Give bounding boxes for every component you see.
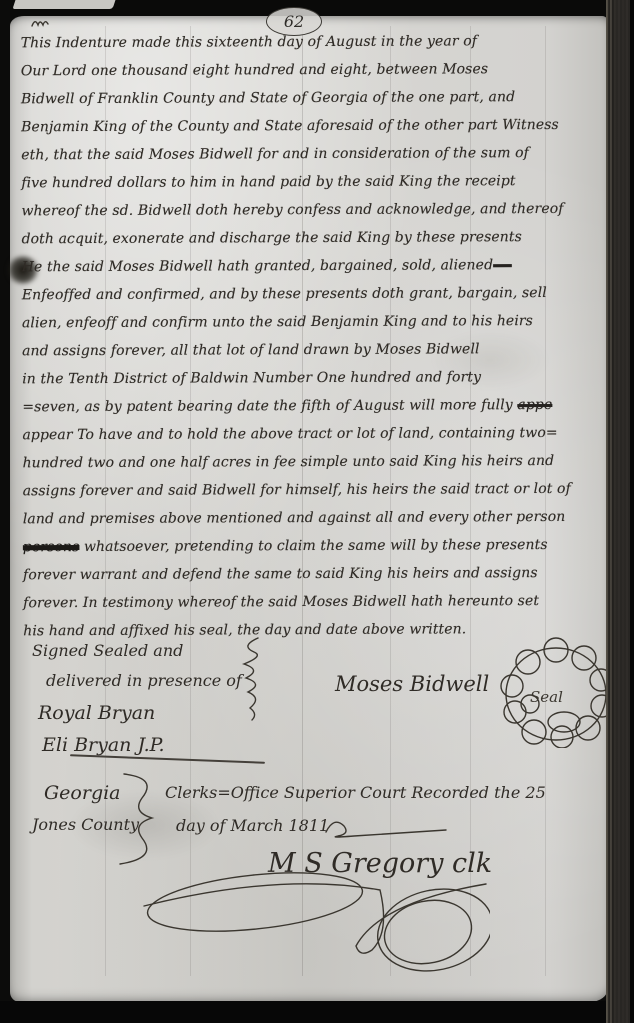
deed-line: land and premises above mentioned and ag…	[23, 503, 611, 534]
deed-body: This Indenture made this sixteenth day o…	[21, 27, 612, 646]
deed-text: Benjamin King of the County and State af…	[21, 117, 559, 135]
grantor-signature-moses-bidwell: Moses Bidwell	[335, 672, 489, 696]
margin-mark	[30, 16, 50, 30]
deed-text: alien, enfeoff and confirm unto the said…	[22, 313, 533, 331]
deed-line: and assigns forever, all that lot of lan…	[22, 335, 610, 366]
deed-text: whereof the sd. Bidwell doth hereby conf…	[21, 201, 563, 219]
deed-line: doth acquit, exonerate and discharge the…	[22, 223, 610, 254]
deed-text: in the Tenth District of Baldwin Number …	[22, 369, 481, 387]
deed-text: This Indenture made this sixteenth day o…	[21, 33, 477, 51]
struck-text: —	[493, 257, 512, 273]
witness-signature-royal-bryan: Royal Bryan	[38, 698, 155, 728]
attestation-date-line: day of March 1811	[176, 816, 329, 835]
deed-text: forever. In testimony whereof the said M…	[23, 593, 539, 611]
deed-text: hundred two and one half acres in fee si…	[23, 453, 555, 471]
deed-text: appear To have and to hold the above tra…	[22, 425, 557, 443]
deed-text: =seven, as by patent bearing date the fi…	[22, 397, 517, 415]
deed-text: land and premises above mentioned and ag…	[23, 509, 566, 527]
deed-line: This Indenture made this sixteenth day o…	[21, 27, 609, 58]
deed-text: Our Lord one thousand eight hundred and …	[21, 61, 488, 79]
deed-text: doth acquit, exonerate and discharge the…	[22, 229, 522, 247]
clerk-flourish	[140, 862, 490, 982]
signed-sealed-line1: Signed Sealed and	[32, 636, 183, 666]
paper-tab	[13, 0, 116, 9]
scan-left-edge	[0, 0, 10, 1023]
deed-text: forever warrant and defend the same to s…	[23, 565, 538, 583]
struck-text: appe	[517, 397, 552, 413]
signed-sealed-line2: delivered in presence of	[46, 666, 242, 696]
deed-line: hundred two and one half acres in fee si…	[22, 447, 610, 478]
deed-text: five hundred dollars to him in hand paid…	[21, 173, 515, 191]
deed-line: whereof the sd. Bidwell doth hereby conf…	[21, 195, 609, 226]
deed-text: He the said Moses Bidwell hath granted, …	[22, 257, 493, 275]
scan-right-edge	[630, 0, 634, 1023]
scan-bottom-edge	[0, 1001, 634, 1023]
deed-line: forever. In testimony whereof the said M…	[23, 587, 611, 618]
deed-line: Our Lord one thousand eight hundred and …	[21, 55, 609, 86]
deed-text: eth, that the said Moses Bidwell for and…	[21, 145, 529, 163]
deed-line: in the Tenth District of Baldwin Number …	[22, 363, 610, 394]
deed-line: appear To have and to hold the above tra…	[22, 419, 610, 450]
deed-text: whatsoever, pretending to claim the same…	[79, 537, 547, 555]
deed-line: forever warrant and defend the same to s…	[23, 559, 611, 590]
document-scan: 62 This Indenture made this sixteenth da…	[0, 0, 634, 1023]
deed-line: eth, that the said Moses Bidwell for and…	[21, 139, 609, 170]
deed-line: five hundred dollars to him in hand paid…	[21, 167, 609, 198]
deed-text: Bidwell of Franklin County and State of …	[21, 89, 515, 107]
attestation-office-line: Clerks=Office Superior Court Recorded th…	[165, 783, 546, 802]
brace-flourish	[112, 770, 164, 868]
deed-line: Benjamin King of the County and State af…	[21, 111, 609, 142]
deed-line: Bidwell of Franklin County and State of …	[21, 83, 609, 114]
deed-text: Enfeoffed and confirmed, and by these pr…	[22, 285, 547, 303]
deed-line: Enfeoffed and confirmed, and by these pr…	[22, 279, 610, 310]
seal-label: Seal	[530, 688, 563, 706]
deed-text: assigns forever and said Bidwell for him…	[23, 481, 571, 499]
deed-line: He the said Moses Bidwell hath granted, …	[22, 251, 610, 282]
deed-line: =seven, as by patent bearing date the fi…	[22, 391, 610, 422]
attestation-state: Georgia	[44, 782, 121, 804]
flourish-squiggle	[232, 634, 266, 724]
deed-line: assigns forever and said Bidwell for him…	[23, 475, 611, 506]
deed-line: alien, enfeoff and confirm unto the said…	[22, 307, 610, 338]
date-flourish	[320, 814, 450, 842]
deed-text: and assigns forever, all that lot of lan…	[22, 341, 480, 359]
deed-line: persons whatsoever, pretending to claim …	[23, 531, 611, 562]
struck-text: persons	[23, 539, 80, 555]
